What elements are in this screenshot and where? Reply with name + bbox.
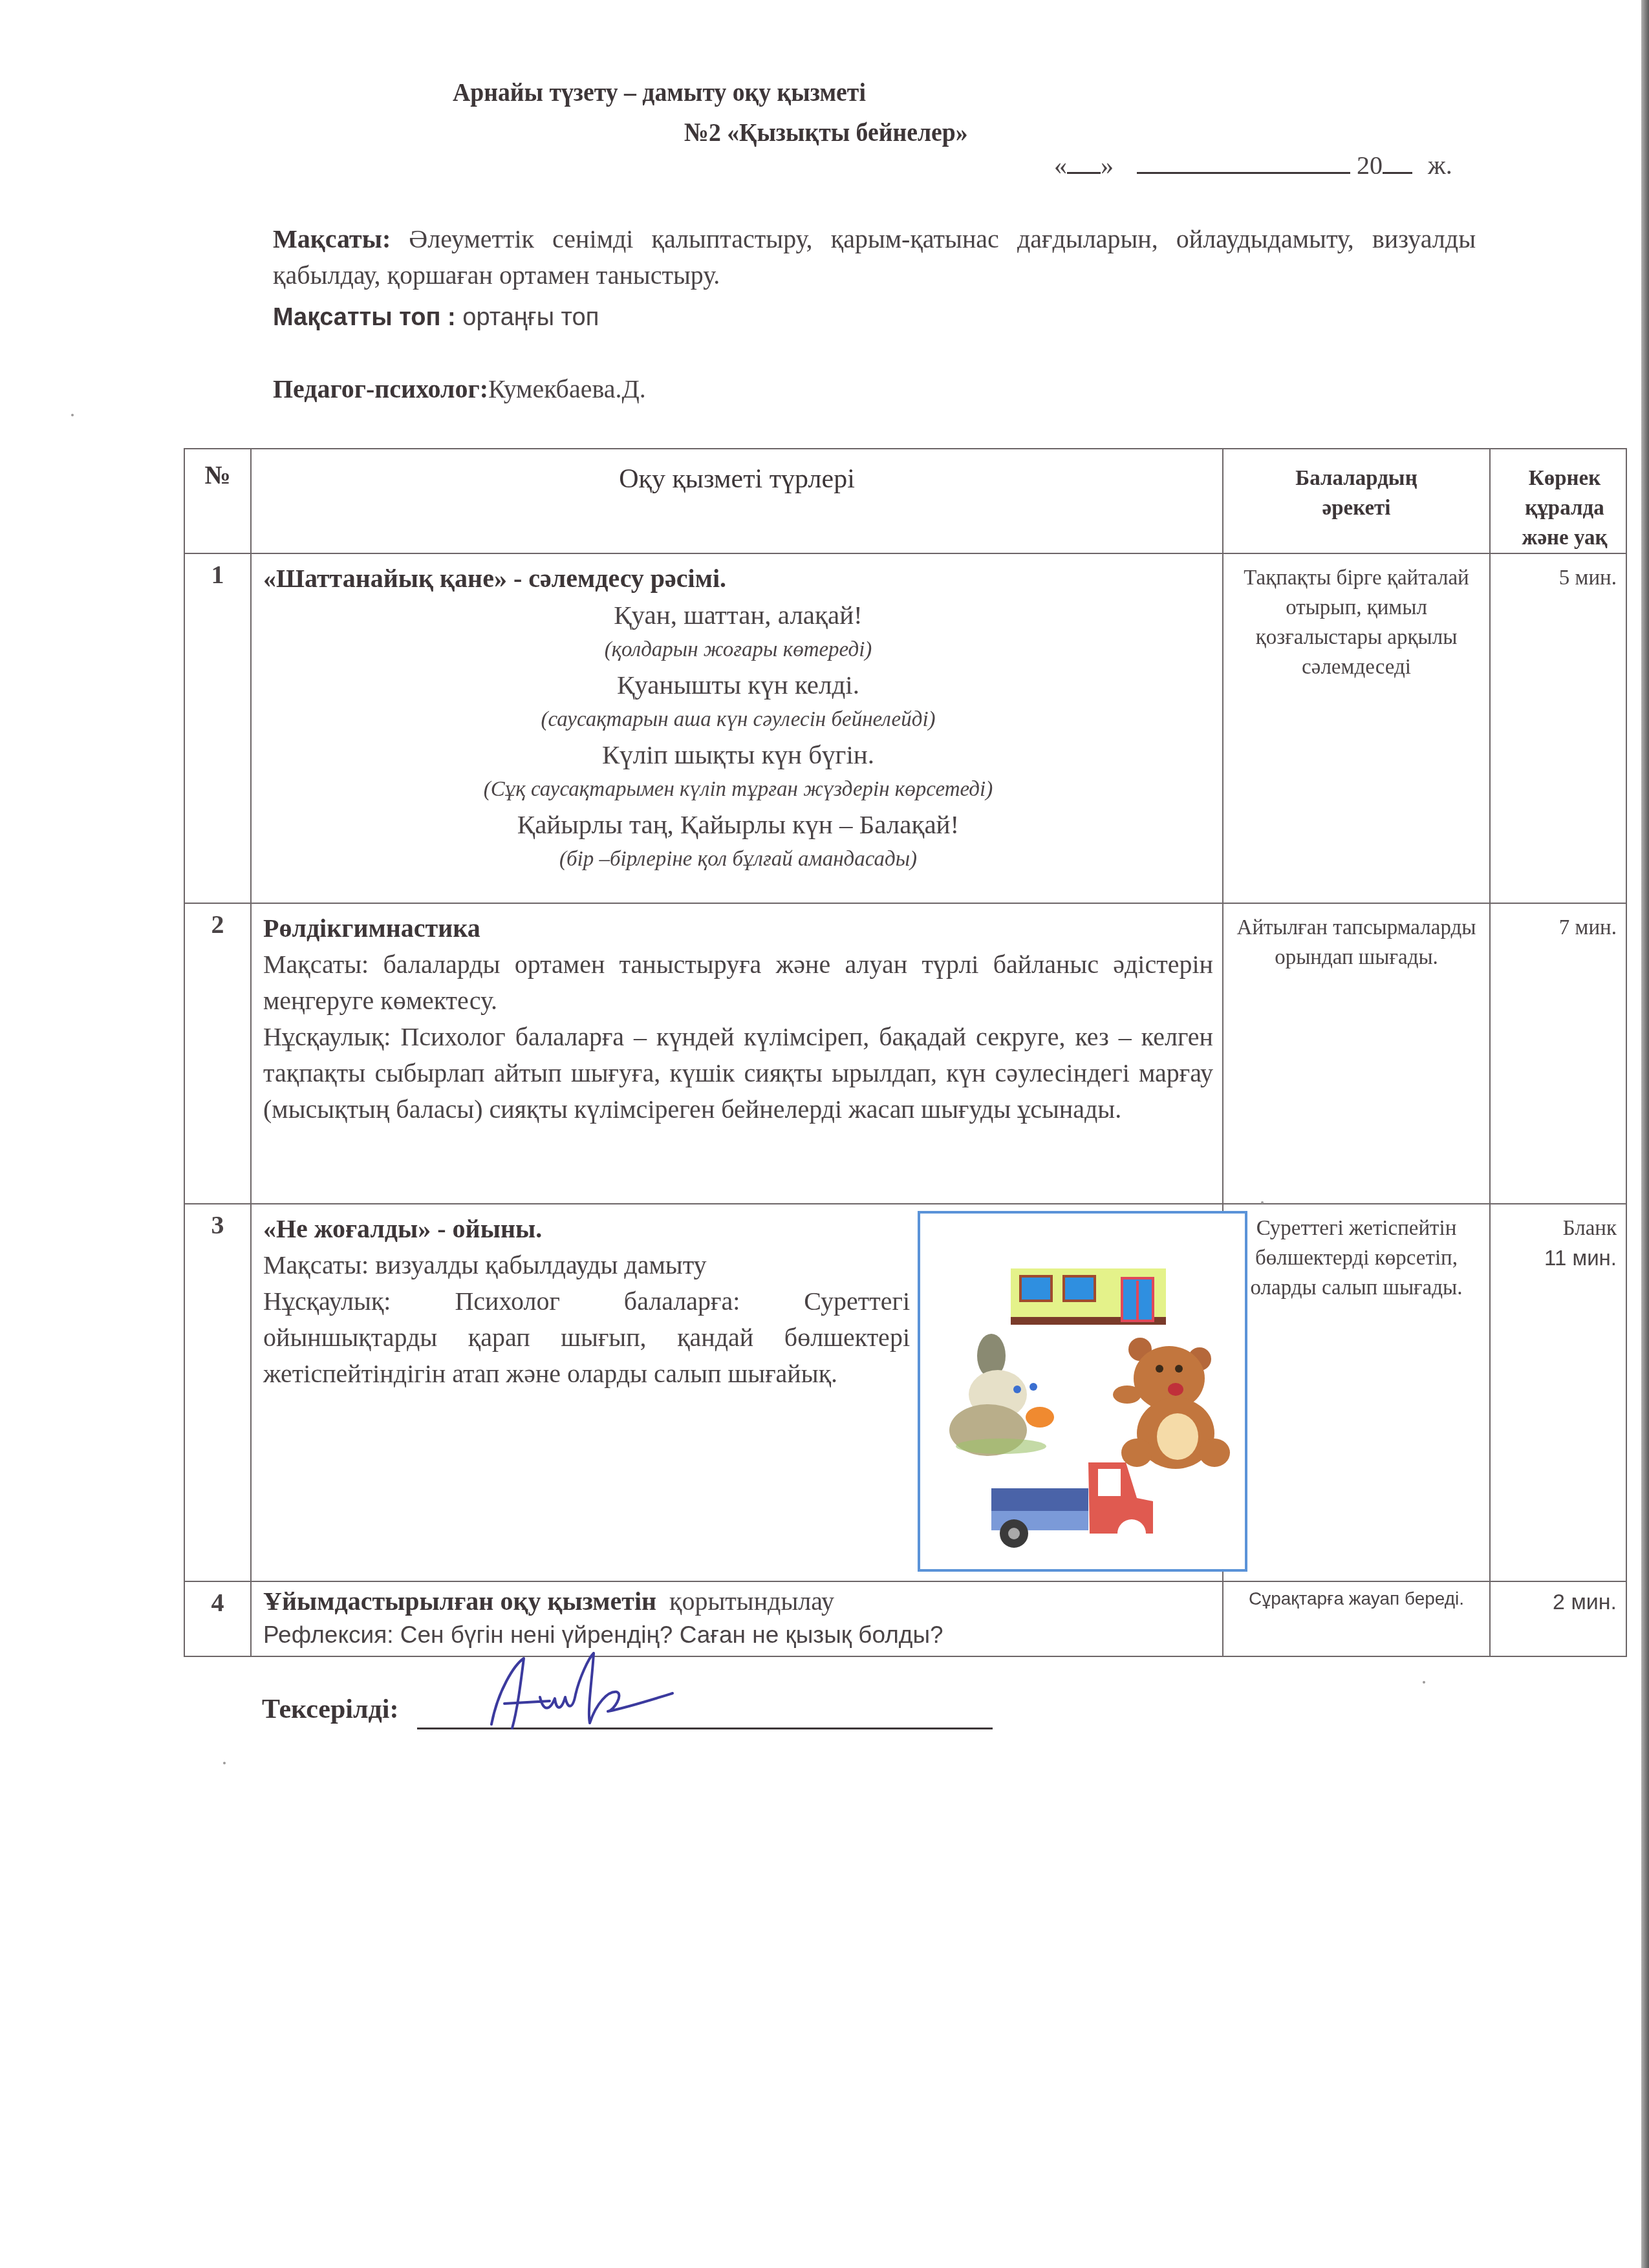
- time-cell: 5 мин.: [1490, 553, 1626, 903]
- reflection-text: Рефлексия: Сен бүгін нені үйрендің? Саға…: [263, 1618, 1213, 1652]
- row-number: 1: [184, 553, 251, 903]
- goal-paragraph: Мақсаты: Әлеуметтік сенімді қалыптастыру…: [273, 221, 1476, 294]
- toys-illustration-icon: [920, 1214, 1245, 1569]
- scan-speck: [1423, 1681, 1425, 1684]
- date-close-quote: »: [1101, 151, 1114, 180]
- psychologist: Педагог-психолог:Кумекбаева.Д.: [273, 374, 646, 404]
- day-blank[interactable]: [1067, 150, 1101, 174]
- header-children-action-line2: әрекеті: [1223, 493, 1489, 523]
- time-cell: Бланк 11 мин.: [1490, 1204, 1626, 1581]
- poem-line: Қайырлы таң, Қайырлы күн – Балақай!: [263, 806, 1213, 842]
- bunny-icon: [949, 1334, 1054, 1456]
- target-group: Мақсатты топ : ортаңғы топ: [273, 304, 599, 332]
- goal-text: Әлеуметтік сенімді қалыптастыру, қарым-қ…: [273, 224, 1476, 290]
- target-group-label: Мақсатты топ :: [273, 304, 456, 331]
- time-cell: 2 мин.: [1490, 1581, 1626, 1656]
- activity-cell: Ұйымдастырылған оқу қызметін қорытындыла…: [251, 1581, 1223, 1656]
- table-row: 2 Рөлдікгимнастика Мақсаты: балаларды ор…: [184, 903, 1626, 1204]
- psychologist-name: Кумекбаева.Д.: [488, 374, 646, 403]
- children-action-cell: Сұрақтарға жауап береді.: [1223, 1581, 1490, 1656]
- activity-title-line: Ұйымдастырылған оқу қызметін қорытындыла…: [263, 1585, 1213, 1618]
- signature-icon: [479, 1652, 711, 1736]
- year-suffix: ж.: [1428, 151, 1452, 180]
- document-title: Арнайы түзету – дамыту оқу қызметі: [453, 76, 866, 107]
- lesson-title: №2 «Қызықты бейнелер»: [684, 116, 968, 147]
- year-blank[interactable]: [1383, 150, 1412, 174]
- poem-line: Күліп шықты күн бүгін.: [263, 736, 1213, 773]
- activity-cell: «Не жоғалды» - ойыны. Мақсаты: визуалды …: [251, 1204, 1223, 1581]
- goal-label: Мақсаты:: [273, 224, 391, 253]
- date-line: «» 20 ж.: [1054, 150, 1452, 180]
- poem-line: Қуан, шаттан, алақай!: [263, 597, 1213, 633]
- activity-cell: «Шаттанайық қане» - сәлемдесу рәсімі. Қу…: [251, 553, 1223, 903]
- row-number: 3: [184, 1204, 251, 1581]
- poem-line: Қуанышты күн келді.: [263, 667, 1213, 703]
- scan-speck: [223, 1762, 226, 1764]
- children-action-cell: Суреттегі жетіспейтін бөлшектерді көрсет…: [1223, 1204, 1490, 1581]
- materials-label: Бланк: [1491, 1214, 1617, 1243]
- activity-goal: Мақсаты: визуалды қабылдауды дамыту: [263, 1247, 910, 1283]
- activity-title: Рөлдікгимнастика: [263, 910, 1213, 947]
- scan-speck: [1261, 1201, 1264, 1204]
- row-number: 4: [184, 1581, 251, 1656]
- truck-icon: [991, 1462, 1153, 1548]
- activity-title: «Не жоғалды» - ойыны.: [263, 1211, 910, 1247]
- greeting-poem: Қуан, шаттан, алақай! (қолдарын жоғары к…: [263, 597, 1213, 876]
- teddy-bear-icon: [1113, 1338, 1230, 1469]
- scan-edge: [1641, 0, 1649, 2268]
- activity-instruction: Нұсқаулық: Психолог балаларға: Суреттегі…: [263, 1283, 910, 1392]
- house-icon: [1011, 1268, 1166, 1325]
- poem-note: (бір –бірлеріне қол бұлғай амандасады): [263, 842, 1213, 876]
- activity-cell: Рөлдікгимнастика Мақсаты: балаларды орта…: [251, 903, 1223, 1204]
- header-materials-line1: Көрнек: [1503, 464, 1626, 493]
- header-activity-types: Оқу қызметі түрлері: [251, 449, 1223, 553]
- table-row: 3 «Не жоғалды» - ойыны. Мақсаты: визуалд…: [184, 1204, 1626, 1581]
- header-materials-line3: және уақ: [1503, 523, 1626, 553]
- activity-title: Ұйымдастырылған оқу қызметін: [263, 1587, 656, 1616]
- time-cell: 7 мин.: [1490, 903, 1626, 1204]
- table-header-row: № Оқу қызметі түрлері Балалардың әрекеті…: [184, 449, 1626, 553]
- header-materials-time: Көрнек құралда және уақ: [1490, 449, 1626, 553]
- header-children-action: Балалардың әрекеті: [1223, 449, 1490, 553]
- header-materials-line2: құралда: [1503, 493, 1626, 523]
- missing-parts-picture: [918, 1211, 1247, 1572]
- poem-note: (саусақтарын аша күн сәулесін бейнелейді…: [263, 703, 1213, 736]
- year-prefix: 20: [1357, 151, 1383, 180]
- row-number: 2: [184, 903, 251, 1204]
- poem-note: (Сұқ саусақтарымен күліп тұрған жүздерін…: [263, 773, 1213, 806]
- children-action-cell: Айтылған тапсырмаларды орындап шығады.: [1223, 903, 1490, 1204]
- activity-instruction: Нұсқаулық: Психолог балаларға – күндей к…: [263, 1019, 1213, 1128]
- checked-by-label: Тексерілді:: [262, 1694, 399, 1725]
- date-open-quote: «: [1054, 151, 1067, 180]
- activity-table: № Оқу қызметі түрлері Балалардың әрекеті…: [184, 448, 1627, 1657]
- psychologist-label: Педагог-психолог:: [273, 374, 488, 403]
- poem-note: (қолдарын жоғары көтереді): [263, 633, 1213, 667]
- duration-label: 11 мин.: [1491, 1243, 1617, 1273]
- month-blank[interactable]: [1137, 150, 1350, 174]
- scan-speck: [71, 414, 74, 416]
- target-group-value: ортаңғы топ: [462, 304, 599, 331]
- table-row: 4 Ұйымдастырылған оқу қызметін қорытынды…: [184, 1581, 1626, 1656]
- children-action-cell: Тақпақты бірге қайталай отырып, қимыл қо…: [1223, 553, 1490, 903]
- header-children-action-line1: Балалардың: [1223, 464, 1489, 493]
- activity-title-rest: қорытындылау: [669, 1587, 834, 1616]
- activity-goal: Мақсаты: балаларды ортамен таныстыруға ж…: [263, 947, 1213, 1019]
- header-num: №: [184, 449, 251, 553]
- table-row: 1 «Шаттанайық қане» - сәлемдесу рәсімі. …: [184, 553, 1626, 903]
- activity-title: «Шаттанайық қане» - сәлемдесу рәсімі.: [263, 561, 1213, 597]
